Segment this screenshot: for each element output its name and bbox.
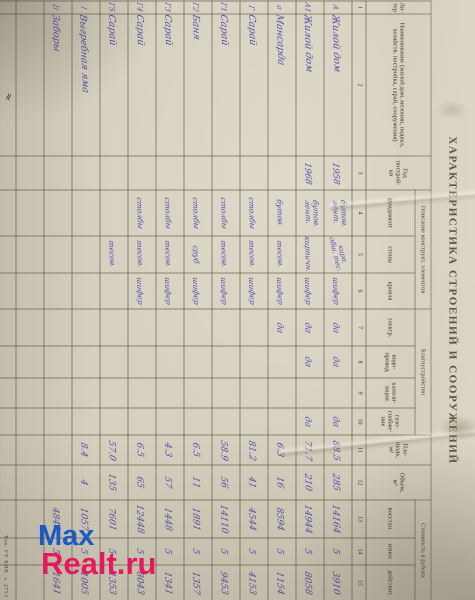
column-number: 7 <box>352 309 366 346</box>
cell <box>0 378 16 408</box>
handwritten-entry: шифер <box>164 276 172 305</box>
handwritten-entry: да <box>302 355 312 368</box>
cell <box>44 346 72 378</box>
cell <box>16 538 44 565</box>
column-header: износ <box>366 538 415 565</box>
handwritten-entry: 12448 <box>134 503 145 534</box>
cell: шифер <box>156 273 184 309</box>
cell: А1 <box>296 1 324 14</box>
handwritten-entry: 8058 <box>302 570 313 595</box>
cell: Г5 <box>100 1 128 14</box>
table-row: Г1Сарайстолбытесов.шифер58.9561411059453 <box>212 1 240 600</box>
handwritten-entry: 5 <box>302 547 312 555</box>
cell: I <box>72 1 100 14</box>
cell: 5 <box>100 538 128 565</box>
handwritten-entry: шифер <box>136 276 144 305</box>
cell: 5 <box>324 538 352 565</box>
cell <box>268 408 296 435</box>
column-header: Ли- тер <box>366 1 431 14</box>
handwritten-entry: 5 <box>50 547 60 555</box>
cell <box>296 378 324 408</box>
cell: шифер <box>324 273 352 309</box>
handwritten-entry: Сарай <box>246 14 258 47</box>
handwritten-entry: 4 <box>78 478 88 486</box>
cell: да <box>296 346 324 378</box>
handwritten-entry: 81.2 <box>246 438 257 460</box>
handwritten-entry: да <box>330 415 340 428</box>
cell <box>240 156 268 190</box>
handwritten-entry: шифер <box>276 276 284 305</box>
cell: шифер <box>128 273 156 309</box>
handwritten-entry: Г1 <box>219 2 227 13</box>
cell: шифер <box>240 273 268 309</box>
cell: столбы <box>184 190 212 236</box>
handwritten-entry: 1448 <box>162 506 173 531</box>
cell: 5 <box>296 538 324 565</box>
handwritten-entry: да <box>302 321 312 334</box>
cell <box>44 309 72 346</box>
cell <box>240 346 268 378</box>
cell <box>0 500 16 538</box>
handwritten-entry: 4153 <box>246 570 257 595</box>
cell <box>44 156 72 190</box>
cell: 6.5 <box>128 435 156 465</box>
cell <box>184 309 212 346</box>
column-number: 10 <box>352 408 366 435</box>
cell <box>268 156 296 190</box>
handwritten-entry: 8043 <box>134 570 145 595</box>
handwritten-entry: 65 <box>134 475 144 489</box>
cell <box>184 378 212 408</box>
cell: 210 <box>296 465 324 500</box>
cell: 57.0 <box>100 435 128 465</box>
cell <box>72 156 100 190</box>
column-header: восстан. <box>366 500 415 538</box>
cell <box>184 346 212 378</box>
handwritten-entry: 8594 <box>274 506 285 531</box>
handwritten-entry: Сарай <box>218 14 230 47</box>
cell <box>72 309 100 346</box>
cell: да <box>296 309 324 346</box>
cell <box>156 408 184 435</box>
handwritten-entry: 57.0 <box>106 438 117 460</box>
handwritten-entry: 6.5 <box>134 441 144 458</box>
handwritten-entry: Мансарда <box>274 14 287 66</box>
handwritten-entry: 1341 <box>162 570 173 595</box>
cell <box>0 435 16 465</box>
column-header: электр. <box>366 309 415 346</box>
cell <box>16 190 44 236</box>
cell: 11 <box>184 465 212 500</box>
cell <box>100 378 128 408</box>
cell <box>184 156 212 190</box>
handwritten-entry: 5 <box>78 547 88 555</box>
cell: а <box>268 1 296 14</box>
cell: 8043 <box>128 565 156 600</box>
handwritten-entry: 1357 <box>190 570 201 595</box>
handwritten-entry: 1641 <box>50 570 61 595</box>
cell: 16 <box>268 465 296 500</box>
cell <box>16 435 44 465</box>
handwritten-entry: 1891 <box>190 506 201 531</box>
handwritten-entry: А <box>331 3 339 10</box>
cell: 4153 <box>240 565 268 600</box>
cell: 1641 <box>44 565 72 600</box>
column-header: действит. <box>366 565 415 600</box>
column-number: 13 <box>352 500 366 538</box>
table-row: Г4Сарайстолбытесов.шифер6.5651244858043 <box>128 1 156 600</box>
cell: столбы <box>156 190 184 236</box>
cell: 5 <box>212 538 240 565</box>
column-number: 8 <box>352 346 366 378</box>
cell <box>0 273 16 309</box>
cell <box>156 346 184 378</box>
handwritten-entry: 58.9 <box>218 438 229 460</box>
handwritten-entry: 14110 <box>218 503 229 534</box>
handwritten-entry: столбы <box>191 196 200 229</box>
cell: бутов. лент. <box>324 190 352 236</box>
cell <box>16 500 44 538</box>
cell <box>128 346 156 378</box>
handwritten-entry: 5 <box>106 547 116 555</box>
column-header: Пло- щадь, м² <box>366 435 431 465</box>
column-number: 15 <box>352 565 366 600</box>
handwritten-entry: 5 <box>246 547 256 555</box>
cell <box>212 378 240 408</box>
handwritten-entry: тесов. <box>108 240 116 269</box>
cell <box>44 236 72 273</box>
group-header: Благоустройство <box>415 309 431 435</box>
cell: да <box>324 408 352 435</box>
cell <box>16 236 44 273</box>
cell: кирп. обш. тес. <box>324 236 352 273</box>
handwritten-entry: да <box>274 321 284 334</box>
cell: Мансарда <box>268 14 296 156</box>
cell <box>268 346 296 378</box>
handwritten-entry: 1968 <box>302 161 313 185</box>
handwritten-entry: 11 <box>190 475 200 489</box>
handwritten-entry: кирп. обш. тес. <box>328 236 349 271</box>
cell: 56 <box>212 465 240 500</box>
handwritten-entry: 3910 <box>330 570 341 595</box>
handwritten-entry: 1154 <box>274 570 285 595</box>
handwritten-entry: шифер <box>192 276 200 305</box>
handwritten-entry: столбы <box>247 196 256 229</box>
cell: 1353 <box>100 565 128 600</box>
cell <box>0 190 16 236</box>
cell <box>100 408 128 435</box>
cell <box>16 309 44 346</box>
column-number: 6 <box>352 273 366 309</box>
table-body: АЖилой дом1958бутов. лент.кирп. обш. тес… <box>0 1 352 600</box>
cell: 5 <box>184 538 212 565</box>
handwritten-entry: 5 <box>274 547 284 555</box>
column-header: Наименование (жилой дом, мезонин, подвал… <box>366 14 431 156</box>
cell: столбы <box>128 190 156 236</box>
handwritten-entry: 4.3 <box>162 441 172 458</box>
cell: Г <box>240 1 268 14</box>
cell <box>212 309 240 346</box>
handwritten-entry: а <box>275 4 283 10</box>
handwritten-entry: да <box>330 321 340 334</box>
cell <box>100 156 128 190</box>
handwritten-entry: Г4 <box>135 2 143 13</box>
cell <box>16 346 44 378</box>
handwritten-entry: Заборы <box>50 14 62 53</box>
handwritten-entry: тесов. <box>276 240 284 269</box>
handwritten-entry: 57 <box>162 475 172 489</box>
handwritten-entry: 7601 <box>106 506 117 531</box>
cell <box>44 465 72 500</box>
handwritten-entry: Сарай <box>162 14 174 47</box>
cell <box>100 346 128 378</box>
cell <box>72 346 100 378</box>
cell: 1968 <box>296 156 324 190</box>
handwritten-entry: 4544 <box>246 506 257 531</box>
cell: 12448 <box>128 500 156 538</box>
cell <box>100 309 128 346</box>
column-number: 9 <box>352 378 366 408</box>
cell: кирпичн. <box>296 236 324 273</box>
cell <box>16 156 44 190</box>
handwritten-entry: столбы <box>163 196 172 229</box>
handwritten-entry: 6.5 <box>190 441 200 458</box>
cell: 4544 <box>240 500 268 538</box>
cell: 3910 <box>324 565 352 600</box>
cell: Заборы <box>44 14 72 156</box>
cell: 5 <box>156 538 184 565</box>
cell: 1958 <box>324 156 352 190</box>
handwritten-entry: шифер <box>332 276 340 305</box>
cell <box>44 273 72 309</box>
cell <box>44 378 72 408</box>
cell: Сарай <box>240 14 268 156</box>
handwritten-entry: 14944 <box>302 503 313 534</box>
table-row: IIЗаборы484951641 <box>44 1 72 600</box>
cell: 4849 <box>44 500 72 538</box>
column-number: 14 <box>352 538 366 565</box>
cell: шифер <box>184 273 212 309</box>
column-header: Год построй- ки <box>366 156 431 190</box>
cell: Сарай <box>100 14 128 156</box>
cell: Выгребная яма <box>72 14 100 156</box>
cell: шифер <box>212 273 240 309</box>
cell <box>156 309 184 346</box>
cell: 7601 <box>100 500 128 538</box>
cell: столбы <box>212 190 240 236</box>
cell: Сарай <box>212 14 240 156</box>
handwritten-entry: столбы <box>135 196 144 229</box>
cell: 5 <box>240 538 268 565</box>
cell <box>100 273 128 309</box>
cell <box>72 236 100 273</box>
cell: тесов. <box>100 236 128 273</box>
handwritten-entry: 41 <box>246 475 256 489</box>
cell <box>184 408 212 435</box>
cell: Жилой дом <box>324 14 352 156</box>
cell: 6.5 <box>184 435 212 465</box>
handwritten-entry: 1958 <box>330 161 341 185</box>
cell <box>212 346 240 378</box>
column-header: кровля <box>366 273 415 309</box>
cell: 4.3 <box>156 435 184 465</box>
handwritten-entry: 4849 <box>50 506 61 531</box>
handwritten-entry: 1057 <box>78 506 89 531</box>
handwritten-entry: бутов. <box>276 198 284 227</box>
cell <box>0 156 16 190</box>
handwritten-entry: Г2 <box>191 2 199 13</box>
column-header: канали- зация <box>366 378 415 408</box>
handwritten-entry: да <box>330 355 340 368</box>
cell <box>100 190 128 236</box>
column-number: 2 <box>352 14 366 156</box>
column-number: 4 <box>352 190 366 236</box>
cell: Г4 <box>128 1 156 14</box>
cell: 14110 <box>212 500 240 538</box>
column-number: 3 <box>352 156 366 190</box>
table-row: ГСарайстолбытесов.шифер81.241454454153 <box>240 1 268 600</box>
handwritten-entry: 6.3 <box>274 441 284 458</box>
handwritten-entry: 88.5 <box>330 438 341 460</box>
cell: 4 <box>72 465 100 500</box>
column-number: 11 <box>352 435 366 465</box>
cell: 135 <box>100 465 128 500</box>
cell <box>72 273 100 309</box>
cell <box>16 14 44 156</box>
handwritten-entry: тесов. <box>136 240 144 269</box>
cell: Сарай <box>128 14 156 156</box>
cell: 81.2 <box>240 435 268 465</box>
cell <box>0 1 16 14</box>
cell <box>0 465 16 500</box>
table-row: IВыгребная яма8.44105751005 <box>72 1 100 600</box>
handwritten-entry: 5 <box>190 547 200 555</box>
cell <box>156 156 184 190</box>
cell: шифер <box>268 273 296 309</box>
cell: 58.9 <box>212 435 240 465</box>
cell: 1448 <box>156 500 184 538</box>
cell: бутов. лент. <box>296 190 324 236</box>
document-photo: ХАРАКТЕРИСТИКА СТРОЕНИЙ И СООРУЖЕНИЙ Ли-… <box>0 0 475 600</box>
cell <box>128 408 156 435</box>
table-row: Г3Сарайстолбытесов.шифер4.357144851341 <box>156 1 184 600</box>
cell: А <box>324 1 352 14</box>
handwritten-entry: тесов. <box>220 240 228 269</box>
cell: Г2 <box>184 1 212 14</box>
cell: столбы <box>240 190 268 236</box>
table-row: Г5Сарайтесов.57.0135760151353 <box>100 1 128 600</box>
table-row: Г2Банястолбысрубшифер6.511189151357 <box>184 1 212 600</box>
handwritten-entry: 1353 <box>106 570 117 595</box>
cell <box>0 309 16 346</box>
column-number: 12 <box>352 465 366 500</box>
handwritten-entry: бутов. лент. <box>303 190 320 236</box>
handwritten-entry: 210 <box>302 472 313 491</box>
column-header: стены <box>366 236 415 273</box>
cell <box>212 408 240 435</box>
cell <box>16 465 44 500</box>
cell: тесов. <box>128 236 156 273</box>
cell: тесов. <box>156 236 184 273</box>
handwritten-entry: да <box>302 415 312 428</box>
cell <box>0 14 16 156</box>
column-header: Объем, м³ <box>366 465 431 500</box>
cell <box>0 346 16 378</box>
cell: 5 <box>128 538 156 565</box>
cell: 5 <box>268 538 296 565</box>
handwritten-entry: бутов. лент. <box>331 190 348 236</box>
cell <box>72 408 100 435</box>
cell <box>324 378 352 408</box>
cell: 8.4 <box>72 435 100 465</box>
cell: 1341 <box>156 565 184 600</box>
document-page: ХАРАКТЕРИСТИКА СТРОЕНИЙ И СООРУЖЕНИЙ Ли-… <box>0 0 475 600</box>
table-row: аМансардабутов.тесов.шиферда6.3168594511… <box>268 1 296 600</box>
handwritten-entry: тесов. <box>164 240 172 269</box>
column-number: 5 <box>352 236 366 273</box>
handwritten-entry: 5 <box>134 547 144 555</box>
cell <box>44 190 72 236</box>
cell: Сарай <box>156 14 184 156</box>
cell <box>0 236 16 273</box>
cell <box>16 1 44 14</box>
cell: тесов. <box>240 236 268 273</box>
cell <box>16 565 44 600</box>
cell <box>16 273 44 309</box>
cell: да <box>296 408 324 435</box>
handwritten-entry: 8.4 <box>78 441 88 458</box>
handwritten-entry: шифер <box>248 276 256 305</box>
cell: 1005 <box>72 565 100 600</box>
cell: шифер <box>296 273 324 309</box>
handwritten-entry: Г5 <box>107 2 115 13</box>
cell: 8594 <box>268 500 296 538</box>
handwritten-entry: 9453 <box>218 570 229 595</box>
handwritten-entry: кирпичн. <box>303 236 312 273</box>
table-row: АЖилой дом1958бутов. лент.кирп. обш. тес… <box>324 1 352 600</box>
cell: Жилой дом <box>296 14 324 156</box>
cell: да <box>324 346 352 378</box>
printing-house-mark: Тип. ГУ КПК. з. 2753 <box>2 535 8 597</box>
handwritten-entry: 5 <box>330 547 340 555</box>
cell: 285 <box>324 465 352 500</box>
handwritten-entry: сруб <box>192 244 200 264</box>
cell: 1891 <box>184 500 212 538</box>
cell <box>240 309 268 346</box>
cell <box>240 378 268 408</box>
cell <box>212 156 240 190</box>
cell: тесов. <box>212 236 240 273</box>
cell: 71.7 <box>296 435 324 465</box>
cell: да <box>324 309 352 346</box>
handwritten-entry: 135 <box>106 472 117 491</box>
cell <box>128 309 156 346</box>
handwritten-entry: I <box>79 5 87 10</box>
handwritten-entry: столбы <box>219 196 228 229</box>
handwritten-entry: II <box>51 3 59 10</box>
cell: бутов. <box>268 190 296 236</box>
cell <box>16 378 44 408</box>
handwritten-entry: 71.7 <box>302 438 313 460</box>
cell <box>44 435 72 465</box>
cell: 5 <box>44 538 72 565</box>
cell: 8058 <box>296 565 324 600</box>
cell: тесов. <box>268 236 296 273</box>
table-header: Ли- терНаименование (жилой дом, мезонин,… <box>352 1 431 600</box>
cell <box>156 378 184 408</box>
handwritten-entry: Сарай <box>134 14 146 47</box>
handwritten-entry: 5 <box>162 547 172 555</box>
